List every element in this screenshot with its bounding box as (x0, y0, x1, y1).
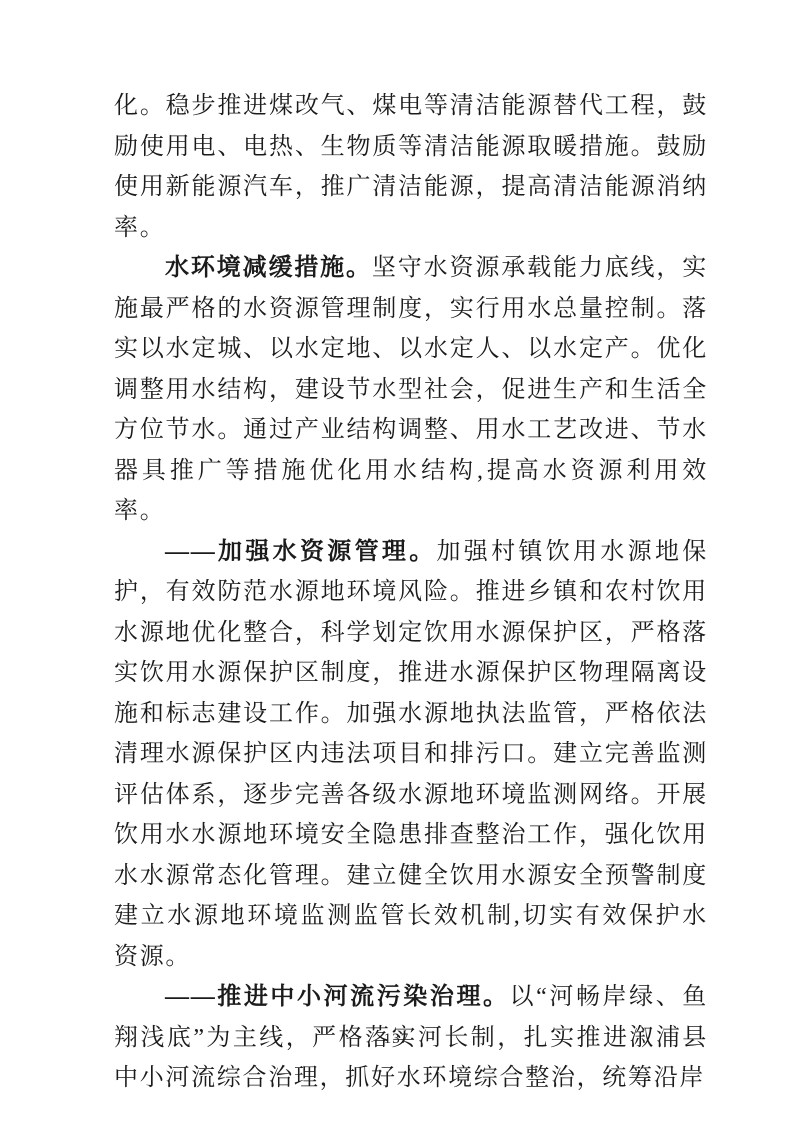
paragraph: 水环境减缓措施。坚守水资源承载能力底线，实施最严格的水资源管理制度，实行用水总量… (114, 248, 708, 532)
paragraph-text: 加强村镇饮用水源地保护，有效防范水源地环境风险。推进乡镇和农村饮用水源地优化整合… (114, 539, 708, 970)
paragraph: ——加强水资源管理。加强村镇饮用水源地保护，有效防范水源地环境风险。推进乡镇和农… (114, 532, 708, 978)
document-page: 化。稳步推进煤改气、煤电等清洁能源替代工程，鼓励使用电、电热、生物质等清洁能源取… (0, 0, 793, 1122)
paragraph-text: 坚守水资源承载能力底线，实施最严格的水资源管理制度，实行用水总量控制。落实以水定… (114, 255, 708, 524)
page-number: 137 (0, 1031, 793, 1048)
paragraph: 化。稳步推进煤改气、煤电等清洁能源替代工程，鼓励使用电、电热、生物质等清洁能源取… (114, 86, 708, 248)
document-text-block: 化。稳步推进煤改气、煤电等清洁能源替代工程，鼓励使用电、电热、生物质等清洁能源取… (114, 86, 708, 1099)
paragraph-text: 化。稳步推进煤改气、煤电等清洁能源替代工程，鼓励使用电、电热、生物质等清洁能源取… (114, 93, 708, 241)
paragraph-heading: ——加强水资源管理。 (165, 539, 437, 565)
paragraph-heading: 水环境减缓措施。 (165, 255, 372, 281)
paragraph-heading: ——推进中小河流污染治理。 (165, 984, 510, 1010)
